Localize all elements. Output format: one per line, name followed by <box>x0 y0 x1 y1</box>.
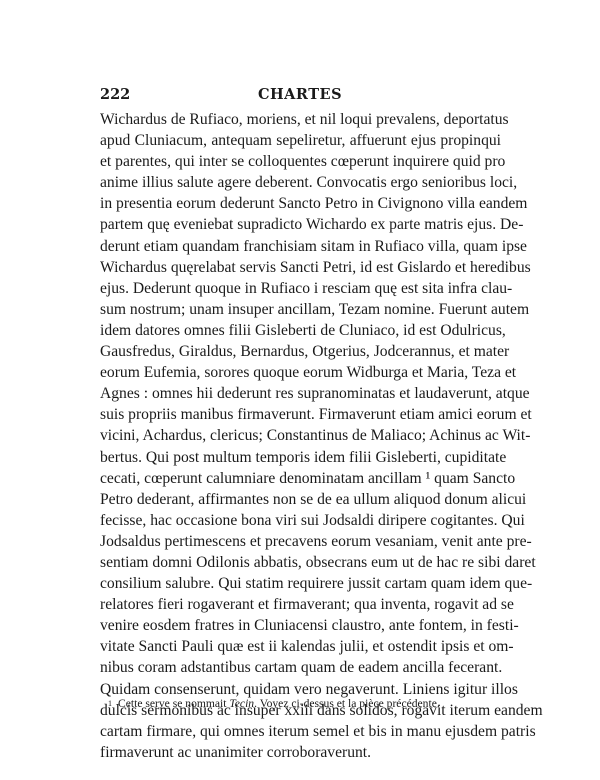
text-line: Wichardus de Rufiaco, moriens, et nil lo… <box>100 109 501 130</box>
text-line: Petro dederant, affirmantes non se de ea… <box>100 489 501 510</box>
text-line: Agnes : omnes hii dederunt res supranomi… <box>100 383 501 404</box>
text-line: et parentes, qui inter se colloquentes c… <box>100 151 501 172</box>
text-line: vitate Sancti Pauli quæ est ii kalendas … <box>100 636 501 657</box>
text-line: ejus. Dederunt quoque in Rufiaco i resci… <box>100 278 501 299</box>
text-line: cecati, cœperunt calumniare denominatam … <box>100 468 501 489</box>
text-line: Wichardus quęrelabat servis Sancti Petri… <box>100 257 501 278</box>
text-line: venire eosdem fratres in Cluniacensi cla… <box>100 615 501 636</box>
text-line: relatores fieri rogaverant et firmaveran… <box>100 594 501 615</box>
text-line: consilium salubre. Qui statim requirere … <box>100 573 501 594</box>
text-line: bertus. Qui post multum temporis idem fi… <box>100 447 501 468</box>
text-line: Gausfredus, Giraldus, Bernardus, Otgeriu… <box>100 341 501 362</box>
footnote-mark: 1 <box>108 699 112 708</box>
running-head: 222 CHARTES <box>100 86 500 108</box>
footnote: 1Cette serve se nommait Tecin. Voyez ci-… <box>108 697 508 711</box>
footnote-text-before: Cette serve se nommait <box>118 697 229 710</box>
footnote-text-after: . Voyez ci-dessus et la pièce précédente… <box>254 697 440 710</box>
text-line: partem quę eveniebat supradicto Wichardo… <box>100 214 501 235</box>
text-line: fecisse, hac occasione bona viri sui Jod… <box>100 510 501 531</box>
text-line: idem datores omnes filii Gisleberti de C… <box>100 320 501 341</box>
document-page: 222 CHARTES Wichardus de Rufiaco, morien… <box>0 0 600 780</box>
text-line: nibus coram adstantibus cartam quam de e… <box>100 657 501 678</box>
footnote-italic-name: Tecin <box>229 697 254 710</box>
text-line: suis propriis manibus firmaverunt. Firma… <box>100 404 501 425</box>
text-line: Jodsaldus pertimescens et precavens eoru… <box>100 531 501 552</box>
text-line: vicini, Achardus, clericus; Constantinus… <box>100 425 501 446</box>
text-line: apud Cluniacum, antequam sepeliretur, af… <box>100 130 501 151</box>
text-line: sentiam domni Odilonis abbatis, obsecran… <box>100 552 501 573</box>
body-text: Wichardus de Rufiaco, moriens, et nil lo… <box>100 109 501 763</box>
text-line: cartam firmare, qui omnes iterum semel e… <box>100 721 501 742</box>
text-line: sum nostrum; unam insuper ancillam, Teza… <box>100 299 501 320</box>
text-line: derunt etiam quandam franchisiam sitam i… <box>100 236 501 257</box>
text-line: eorum Eufemia, sorores quoque eorum Widb… <box>100 362 501 383</box>
text-line: firmaverunt ac unanimiter corroboraverun… <box>100 742 501 763</box>
text-line: in presentia eorum dederunt Sancto Petro… <box>100 193 501 214</box>
running-title: CHARTES <box>100 86 500 103</box>
text-line: anime illius salute agere deberent. Conv… <box>100 172 501 193</box>
